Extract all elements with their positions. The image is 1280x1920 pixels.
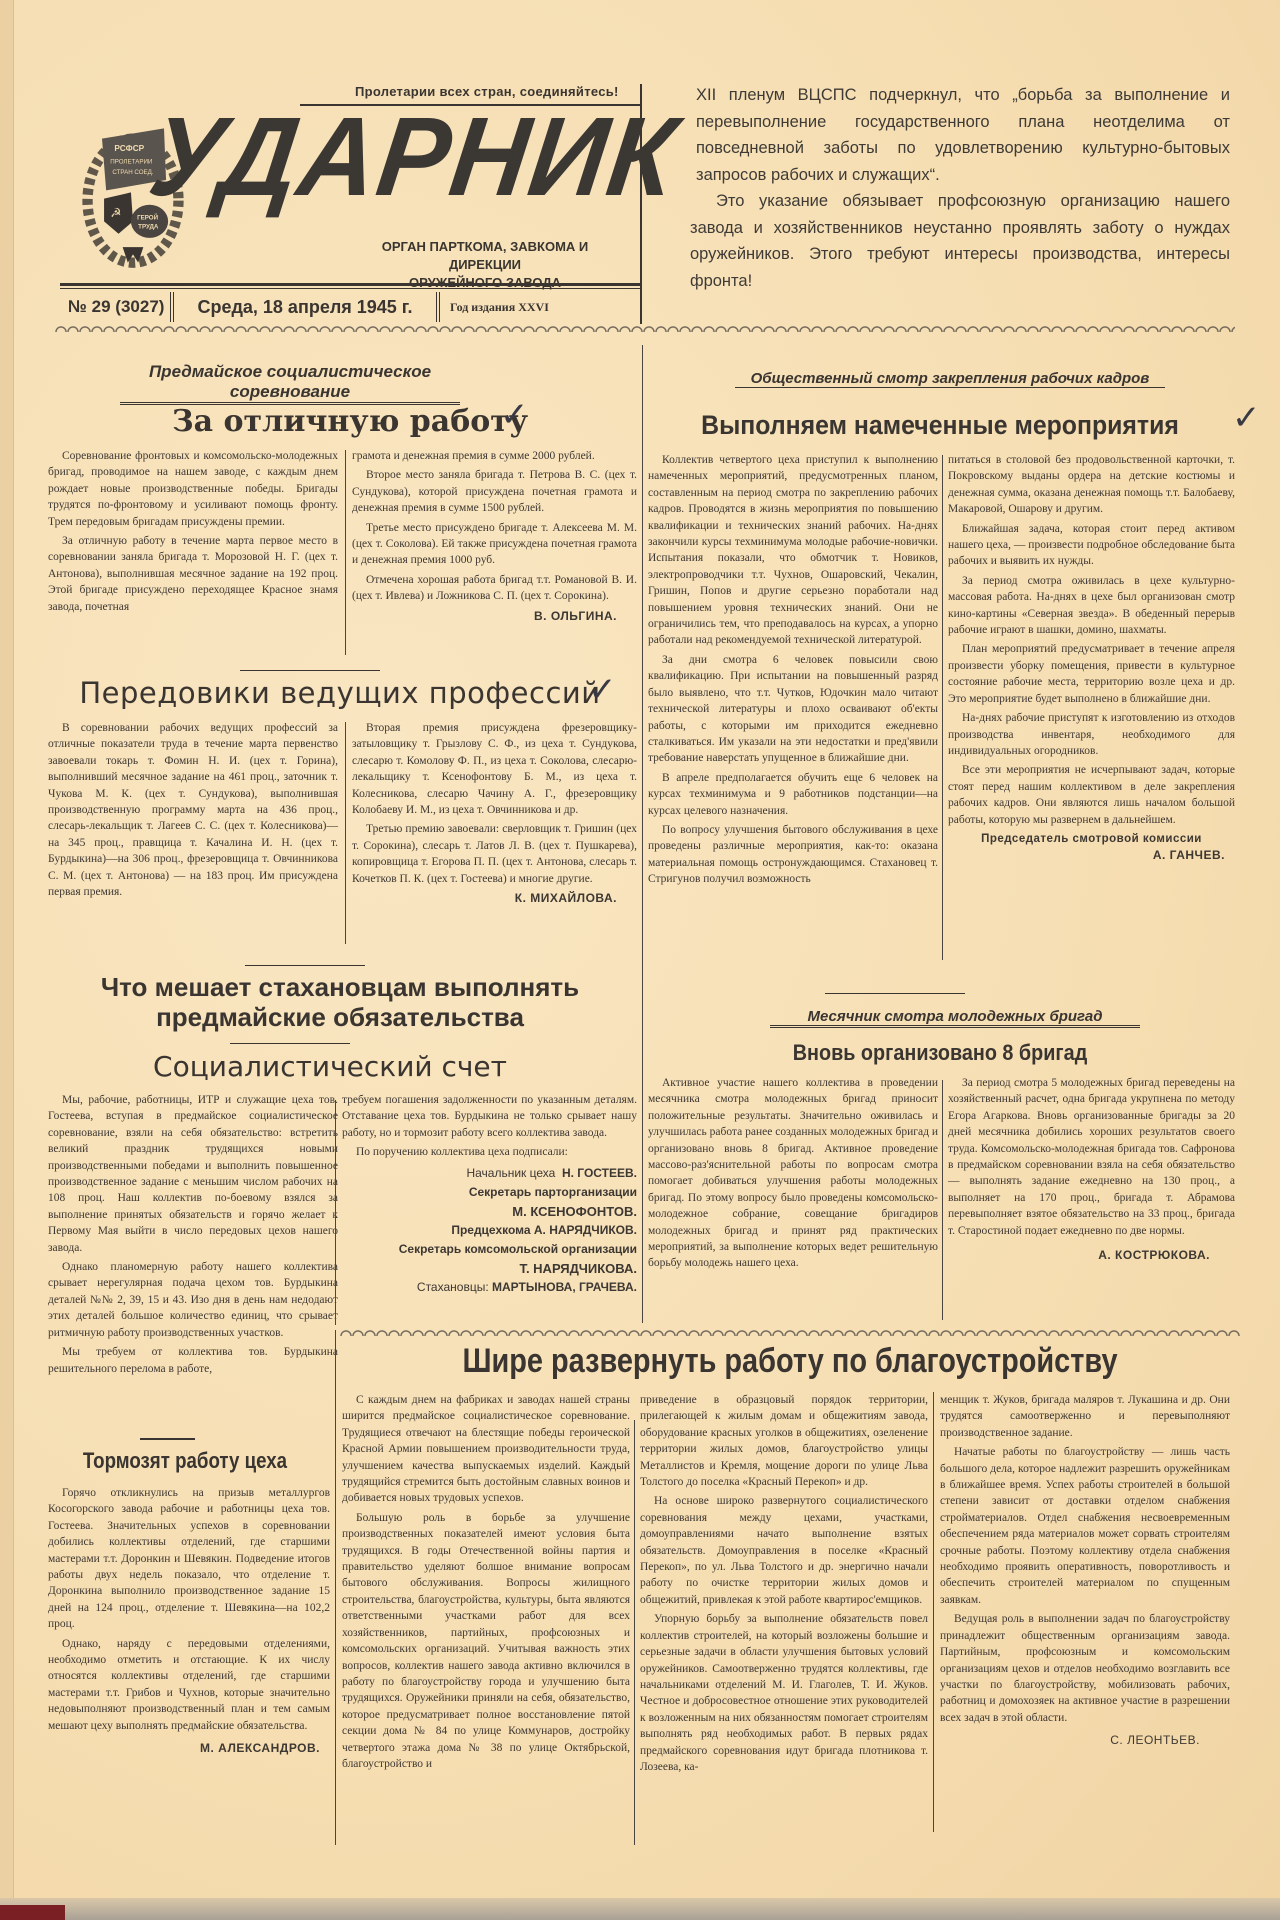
paragraph: Коллектив четвертого цеха приступил к вы… — [648, 452, 938, 649]
wavy-divider — [340, 1326, 1240, 1336]
short-divider — [245, 965, 365, 966]
paragraph: Мы, рабочие, работницы, ИТР и служащие ц… — [48, 1092, 338, 1256]
paragraph: По поручению коллектива цеха подписали: — [342, 1144, 637, 1160]
article-planned-col2: питаться в столовой без продовольственно… — [948, 452, 1235, 864]
headline-excellent-work: За отличную работу — [140, 404, 560, 439]
column-rule — [942, 455, 943, 960]
article-excellent-col2: грамота и денежная премия в сумме 2000 р… — [352, 448, 637, 624]
paragraph: Начатые работы по благоустройству — лишь… — [940, 1444, 1230, 1608]
headline-line-1: Что мешает стахановцам выполнять — [60, 972, 620, 1002]
paragraph: Соревнование фронтовых и комсомольско-мо… — [48, 448, 338, 530]
column-rule — [933, 1392, 934, 1832]
paragraph: План мероприятий предусматривает в течен… — [948, 641, 1235, 707]
paragraph: Однако планомерную работу нашего коллект… — [48, 1259, 338, 1341]
page-bottom-edge — [0, 1898, 1280, 1920]
paragraph: грамота и денежная премия в сумме 2000 р… — [352, 448, 637, 464]
article-kicker-excellent: Предмайское социалистическое соревновани… — [120, 362, 460, 405]
paragraph: Второе место заняла бригада т. Петрова В… — [352, 467, 637, 516]
signer: Стахановцы: МАРТЫНОВА, ГРАЧЕВА. — [342, 1278, 637, 1297]
short-divider — [140, 1438, 195, 1440]
issue-info-row: № 29 (3027) Среда, 18 апреля 1945 г. Год… — [60, 292, 650, 322]
paragraph: приведение в образцовый порядок территор… — [640, 1392, 928, 1490]
paragraph: Отмечена хорошая работа бригад т.т. Рома… — [352, 572, 637, 605]
paragraph: Все эти мероприятия не исчерпывают задач… — [948, 762, 1235, 828]
signature: С. ЛЕОНТЬЕВ. — [940, 1732, 1230, 1748]
paragraph: Однако, наряду с передовыми отделениями,… — [48, 1636, 330, 1734]
paragraph: На-днях рабочие приступят к изготовлению… — [948, 710, 1235, 759]
article-stakhanovites-col2: требуем погашения задолженности по указа… — [342, 1092, 637, 1297]
paragraph: По вопросу улучшения бытового обслуживан… — [648, 822, 938, 888]
issue-date: Среда, 18 апреля 1945 г. — [170, 292, 440, 322]
checkmark-icon: ✓ — [500, 395, 529, 435]
lead-paragraph-2: Это указание обязывает профсоюзную орган… — [690, 188, 1230, 294]
signer: М. КСЕНОФОНТОВ. — [342, 1202, 637, 1221]
short-divider — [825, 993, 965, 994]
headline-planned-measures: Выполняем намеченные мероприятия — [682, 410, 1197, 441]
paragraph: С каждым днем на фабриках и заводах наше… — [342, 1392, 630, 1507]
signature: М. АЛЕКСАНДРОВ. — [48, 1740, 330, 1756]
checkmark-icon: ✓ — [1232, 398, 1261, 438]
paragraph: Третью премию завоевали: сверловщик т. Г… — [352, 821, 637, 887]
paragraph: Мы требуем от коллектива тов. Бурдыкина … — [48, 1344, 338, 1377]
headline-slowing-shop: Тормозят работу цеха — [62, 1448, 309, 1474]
paragraph: За отличную работу в течение марта перво… — [48, 533, 338, 615]
paragraph: менщик т. Жуков, бригада маляров т. Лука… — [940, 1392, 1230, 1441]
article-kicker-planned: Общественный смотр закрепления рабочих к… — [735, 370, 1165, 388]
article-slowing-shop: Горячо откликнулись на призыв металлурго… — [48, 1485, 330, 1757]
book-binding — [0, 1905, 65, 1920]
lead-paragraph-1: XII пленум ВЦСПС подчеркнул, что „борьба… — [690, 82, 1230, 188]
signer: Секретарь парторганизации — [342, 1183, 637, 1202]
kicker-text: Общественный смотр закрепления рабочих к… — [735, 370, 1165, 388]
svg-text:СТРАН СОЕД.: СТРАН СОЕД. — [112, 169, 154, 176]
article-improvement-col2: приведение в образцовый порядок территор… — [640, 1392, 928, 1778]
signer: Предцехкома А. НАРЯДЧИКОВ. — [342, 1221, 637, 1240]
article-planned-col1: Коллектив четвертого цеха приступил к вы… — [648, 452, 938, 891]
paragraph: Вторая премия присуждена фрезеровщику-за… — [352, 720, 637, 818]
paragraph: питаться в столовой без продовольственно… — [948, 452, 1235, 518]
signer: Начальник цеха Н. ГОСТЕЕВ. — [342, 1164, 637, 1183]
paragraph: На основе широко развернутого социалисти… — [640, 1493, 928, 1608]
signature: В. ОЛЬГИНА. — [352, 608, 637, 624]
paragraph: Упорную борьбу за выполнение обязательст… — [640, 1611, 928, 1775]
year-of-publication: Год издания XXVI — [440, 300, 549, 315]
lead-editorial: XII пленум ВЦСПС подчеркнул, что „борьба… — [690, 82, 1230, 294]
svg-text:РСФСР: РСФСР — [114, 144, 144, 153]
article-excellent-col1: Соревнование фронтовых и комсомольско-мо… — [48, 448, 338, 618]
short-divider — [230, 1043, 350, 1044]
page-column-rule — [642, 345, 643, 1323]
column-rule — [335, 1330, 336, 1845]
column-rule — [345, 722, 346, 944]
headline-stakhanovites: Что мешает стахановцам выполнять предмай… — [60, 972, 620, 1032]
signature: К. МИХАЙЛОВА. — [352, 890, 637, 906]
paragraph: В апреле предполагается обучить еще 6 че… — [648, 770, 938, 819]
kicker-text: Месячник смотра молодежных бригад — [770, 1008, 1140, 1028]
paragraph: В соревновании рабочих ведущих профессий… — [48, 720, 338, 900]
headline-improvement: Шире развернуть работу по благоустройств… — [408, 1342, 1173, 1381]
svg-text:☭: ☭ — [110, 206, 121, 220]
paragraph: Активное участие нашего коллектива в про… — [648, 1075, 938, 1272]
article-kicker-brigades: Месячник смотра молодежных бригад — [770, 1008, 1140, 1028]
article-improvement-col3: менщик т. Жуков, бригада маляров т. Лука… — [940, 1392, 1230, 1749]
paragraph: Ведущая роль в выполнении задач по благо… — [940, 1611, 1230, 1726]
svg-text:ТРУДА: ТРУДА — [138, 224, 159, 231]
paragraph: За период смотра 5 молодежных бригад пер… — [948, 1075, 1235, 1239]
newspaper-page: Пролетарии всех стран, соединяйтесь! РСФ… — [0, 0, 1280, 1905]
newspaper-title: УДАРНИК — [143, 92, 685, 221]
headline-leading-professions: Передовики ведущих профессий — [60, 676, 620, 710]
subheadline-socialist-account: Социалистический счет — [60, 1050, 600, 1083]
signature-role: Председатель смотровой комиссии — [948, 831, 1235, 847]
paragraph: За период смотра оживилась в цехе культу… — [948, 573, 1235, 639]
article-professions-col1: В соревновании рабочих ведущих профессий… — [48, 720, 338, 903]
column-rule — [634, 1420, 635, 1845]
organ-line-1: ОРГАН ПАРТКОМА, ЗАВКОМА И ДИРЕКЦИИ — [360, 238, 610, 274]
signer: Секретарь комсомольской организации — [342, 1240, 637, 1259]
paragraph: Ближайшая задача, которая стоит перед ак… — [948, 521, 1235, 570]
masthead-rule-top — [60, 283, 640, 286]
signature: А. КОСТРЮКОВА. — [948, 1247, 1235, 1263]
paragraph: Третье место присуждено бригаде т. Алекс… — [352, 520, 637, 569]
signer: Т. НАРЯДЧИКОВА. — [342, 1259, 637, 1278]
column-rule — [345, 450, 346, 655]
paragraph: требуем погашения задолженности по указа… — [342, 1092, 637, 1141]
article-improvement-col1: С каждым днем на фабриках и заводах наше… — [342, 1392, 630, 1775]
column-rule — [942, 1080, 943, 1320]
paragraph: Горячо откликнулись на призыв металлурго… — [48, 1485, 330, 1633]
paragraph: Большую роль в борьбе за улучшение произ… — [342, 1510, 630, 1773]
short-divider — [240, 670, 380, 671]
article-brigades-col2: За период смотра 5 молодежных бригад пер… — [948, 1075, 1235, 1263]
paragraph: За дни смотра 6 человек повысили свою кв… — [648, 652, 938, 767]
wavy-divider-top — [55, 322, 1235, 332]
column-rule — [335, 1100, 336, 1325]
headline-new-brigades: Вновь организовано 8 бригад — [724, 1040, 1156, 1066]
masthead-rule-top2 — [60, 288, 640, 289]
headline-line-2: предмайские обязательства — [60, 1002, 620, 1032]
kicker-text: Предмайское социалистическое соревновани… — [120, 362, 460, 405]
article-professions-col2: Вторая премия присуждена фрезеровщику-за… — [352, 720, 637, 906]
signature: А. ГАНЧЕВ. — [948, 847, 1235, 863]
issue-number: № 29 (3027) — [60, 297, 170, 317]
article-stakhanovites-col1: Мы, рабочие, работницы, ИТР и служащие ц… — [48, 1092, 338, 1380]
article-brigades-col1: Активное участие нашего коллектива в про… — [648, 1075, 938, 1275]
svg-text:ПРОЛЕТАРИИ: ПРОЛЕТАРИИ — [110, 158, 152, 165]
checkmark-icon: ✓ — [588, 670, 617, 710]
signers-list: Начальник цеха Н. ГОСТЕЕВ. Секретарь пар… — [342, 1164, 637, 1297]
page-gutter — [0, 0, 14, 1905]
